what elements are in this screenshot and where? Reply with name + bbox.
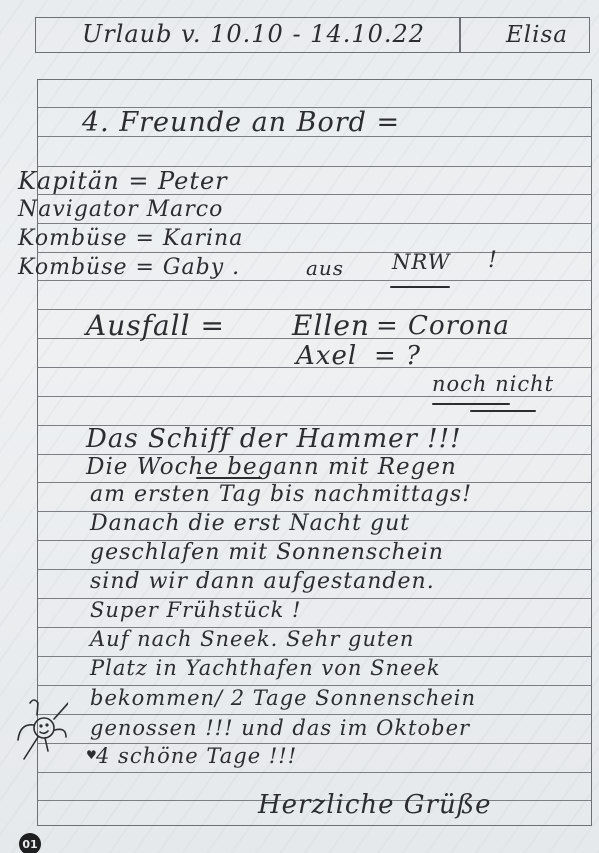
title-divider <box>459 18 461 52</box>
crew-line: Kombüse = Gaby . <box>18 255 240 280</box>
origin-prefix: aus <box>306 256 344 280</box>
note-underline <box>432 403 510 405</box>
journal-line: Die Woche begann mit Regen <box>86 454 457 480</box>
absence-note: noch nicht <box>432 372 554 396</box>
corner-watermark-badge: 01 <box>19 833 41 853</box>
journal-line: Danach die erst Nacht gut <box>90 511 410 536</box>
crew-heading: 4. Freunde an Bord = <box>82 107 400 138</box>
absence-label: Ausfall = <box>86 309 225 342</box>
journal-line: 4 schöne Tage !!! <box>96 744 297 768</box>
crew-line: Kombüse = Karina <box>18 226 243 251</box>
absence-name: Axel <box>296 341 357 371</box>
crew-line: Kapitän = Peter <box>18 167 228 195</box>
origin-region: NRW <box>392 250 450 274</box>
trip-title: Urlaub v. 10.10 - 14.10.22 <box>82 20 425 48</box>
word-underline <box>196 477 262 479</box>
title-box: Urlaub v. 10.10 - 14.10.22 Elisa <box>35 17 590 53</box>
absence-reason: = Corona <box>376 311 510 341</box>
note-underline <box>470 410 536 412</box>
journal-line: sind wir dann aufgestanden. <box>90 569 435 594</box>
absence-reason: = ? <box>374 341 421 371</box>
sun-doodle-icon <box>8 695 68 765</box>
closing-greeting: Herzliche Grüße <box>258 790 491 820</box>
journal-line: Auf nach Sneek. Sehr guten <box>90 627 414 651</box>
origin-suffix: ! <box>488 248 498 273</box>
region-underline <box>390 286 450 288</box>
journal-line: bekommen/ 2 Tage Sonnenschein <box>90 686 476 710</box>
journal-line: am ersten Tag bis nachmittags! <box>90 482 472 507</box>
author-name: Elisa <box>506 22 568 48</box>
journal-line: geschlafen mit Sonnenschein <box>90 540 444 565</box>
journal-line: Platz in Yachthafen von Sneek <box>90 656 441 680</box>
journal-line: genossen !!! und das im Oktober <box>90 716 470 740</box>
crew-line: Navigator Marco <box>18 197 223 222</box>
journal-line: Super Frühstück ! <box>90 598 302 622</box>
journal-line: Das Schiff der Hammer !!! <box>86 424 462 454</box>
absence-name: Ellen <box>292 309 370 342</box>
heart-icon: ♥ <box>86 748 98 762</box>
